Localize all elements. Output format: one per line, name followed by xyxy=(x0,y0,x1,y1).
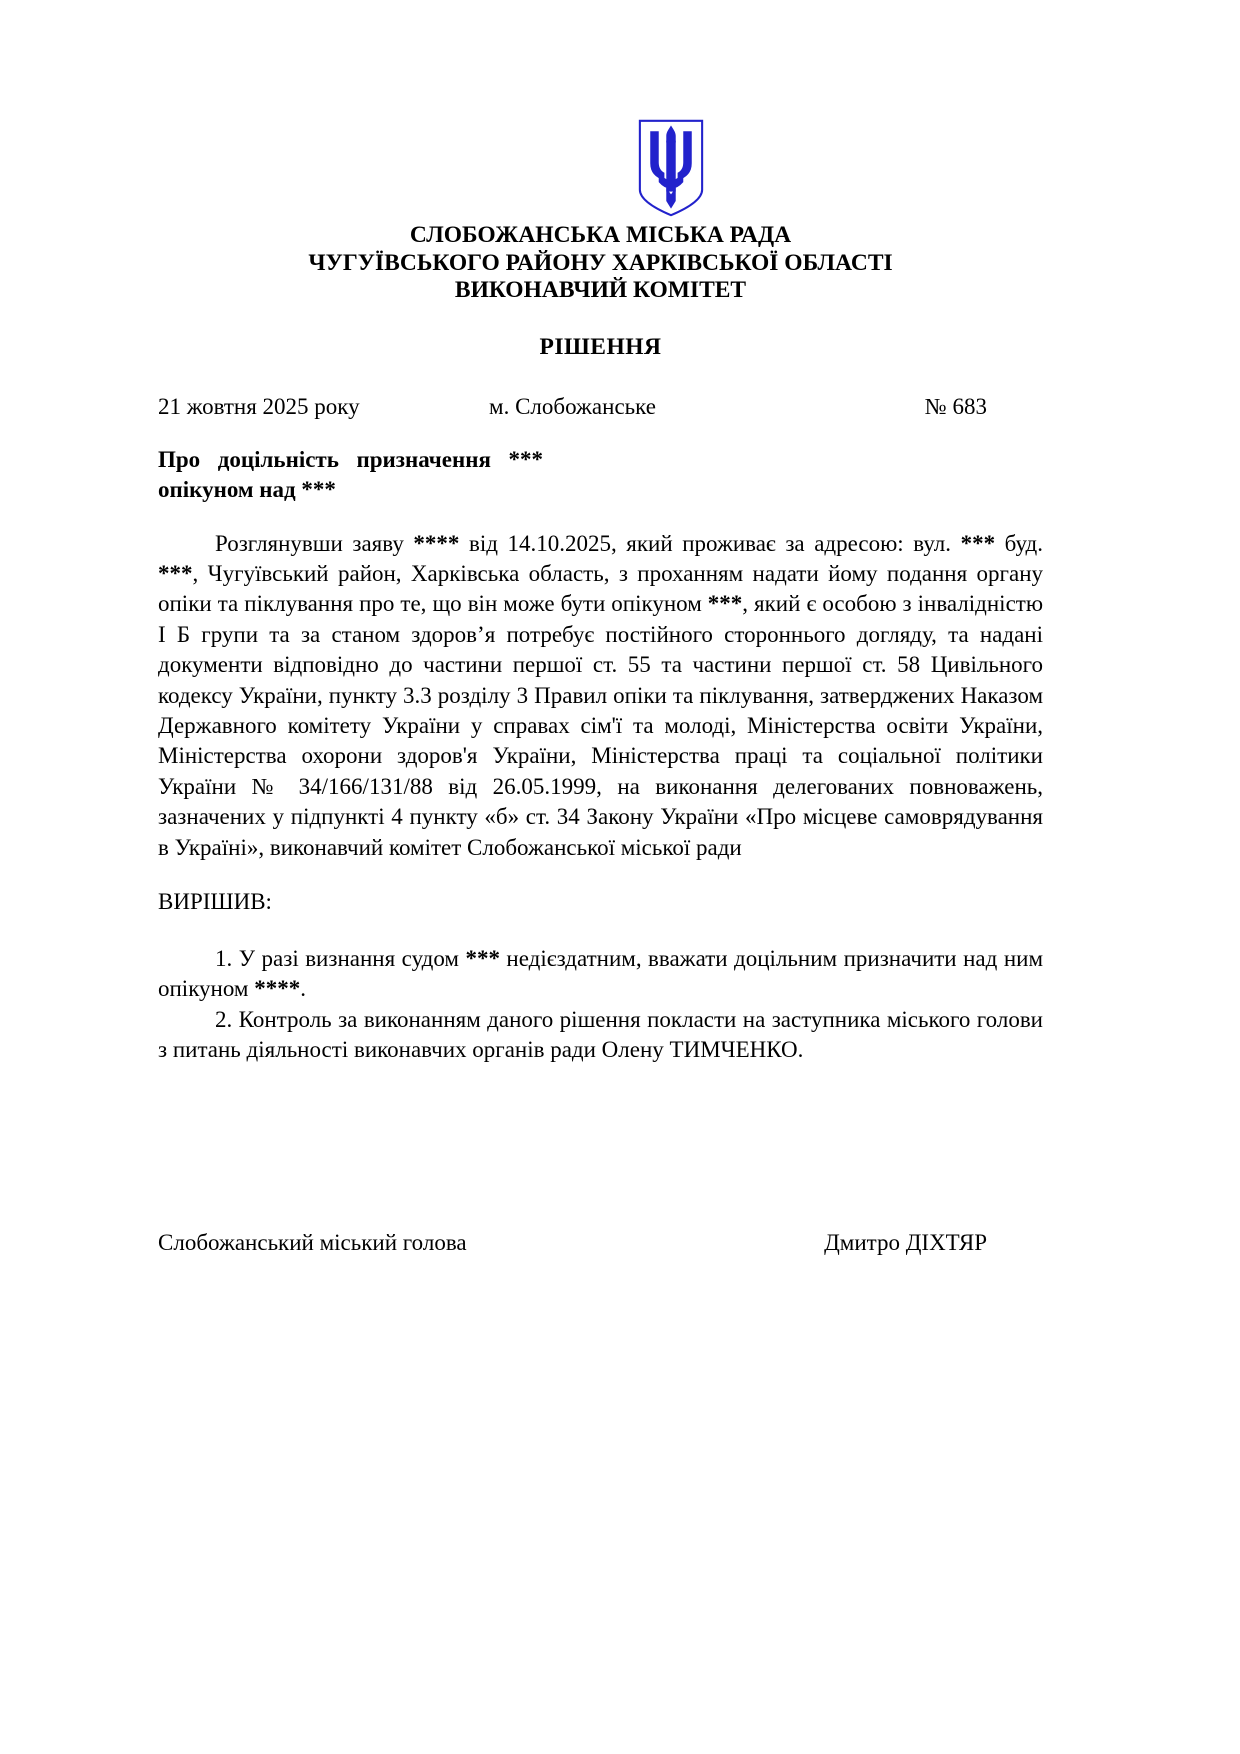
preamble-paragraph: Розглянувши заяву **** від 14.10.2025, я… xyxy=(158,529,1043,863)
document-date: 21 жовтня 2025 року xyxy=(158,393,434,421)
organization-header: СЛОБОЖАНСЬКА МІСЬКА РАДА ЧУГУЇВСЬКОГО РА… xyxy=(158,222,1043,305)
resolution-heading: ВИРІШИВ: xyxy=(158,887,1043,917)
resolution-items: 1. У разі визнання судом *** недієздатни… xyxy=(158,944,1043,1066)
document-place: м. Слобожанське xyxy=(434,393,710,421)
org-name-line2: ЧУГУЇВСЬКОГО РАЙОНУ ХАРКІВСЬКОЇ ОБЛАСТІ xyxy=(158,250,1043,278)
ukraine-trident-icon xyxy=(637,118,705,218)
document-meta-row: 21 жовтня 2025 року м. Слобожанське № 68… xyxy=(158,393,1043,421)
emblem-block xyxy=(158,118,1043,218)
signatory-position: Слобожанський міський голова xyxy=(158,1229,467,1257)
signatory-name: Дмитро ДІХТЯР xyxy=(824,1229,1043,1257)
resolution-item-2: 2. Контроль за виконанням даного рішення… xyxy=(158,1005,1043,1066)
org-name-line3: ВИКОНАВЧИЙ КОМІТЕТ xyxy=(158,277,1043,305)
document-number: № 683 xyxy=(711,393,1043,421)
subject-line2: опікуном над *** xyxy=(158,475,543,505)
signature-row: Слобожанський міський голова Дмитро ДІХТ… xyxy=(158,1229,1043,1257)
document-type-title: РІШЕННЯ xyxy=(158,334,1043,361)
org-name-line1: СЛОБОЖАНСЬКА МІСЬКА РАДА xyxy=(158,222,1043,250)
decision-document-page: СЛОБОЖАНСЬКА МІСЬКА РАДА ЧУГУЇВСЬКОГО РА… xyxy=(0,0,1240,1754)
subject-line1: Про доцільність призначення *** xyxy=(158,445,543,475)
resolution-item-1: 1. У разі визнання судом *** недієздатни… xyxy=(158,944,1043,1005)
document-subject: Про доцільність призначення *** опікуном… xyxy=(158,445,543,505)
document-content: СЛОБОЖАНСЬКА МІСЬКА РАДА ЧУГУЇВСЬКОГО РА… xyxy=(158,0,1043,1257)
